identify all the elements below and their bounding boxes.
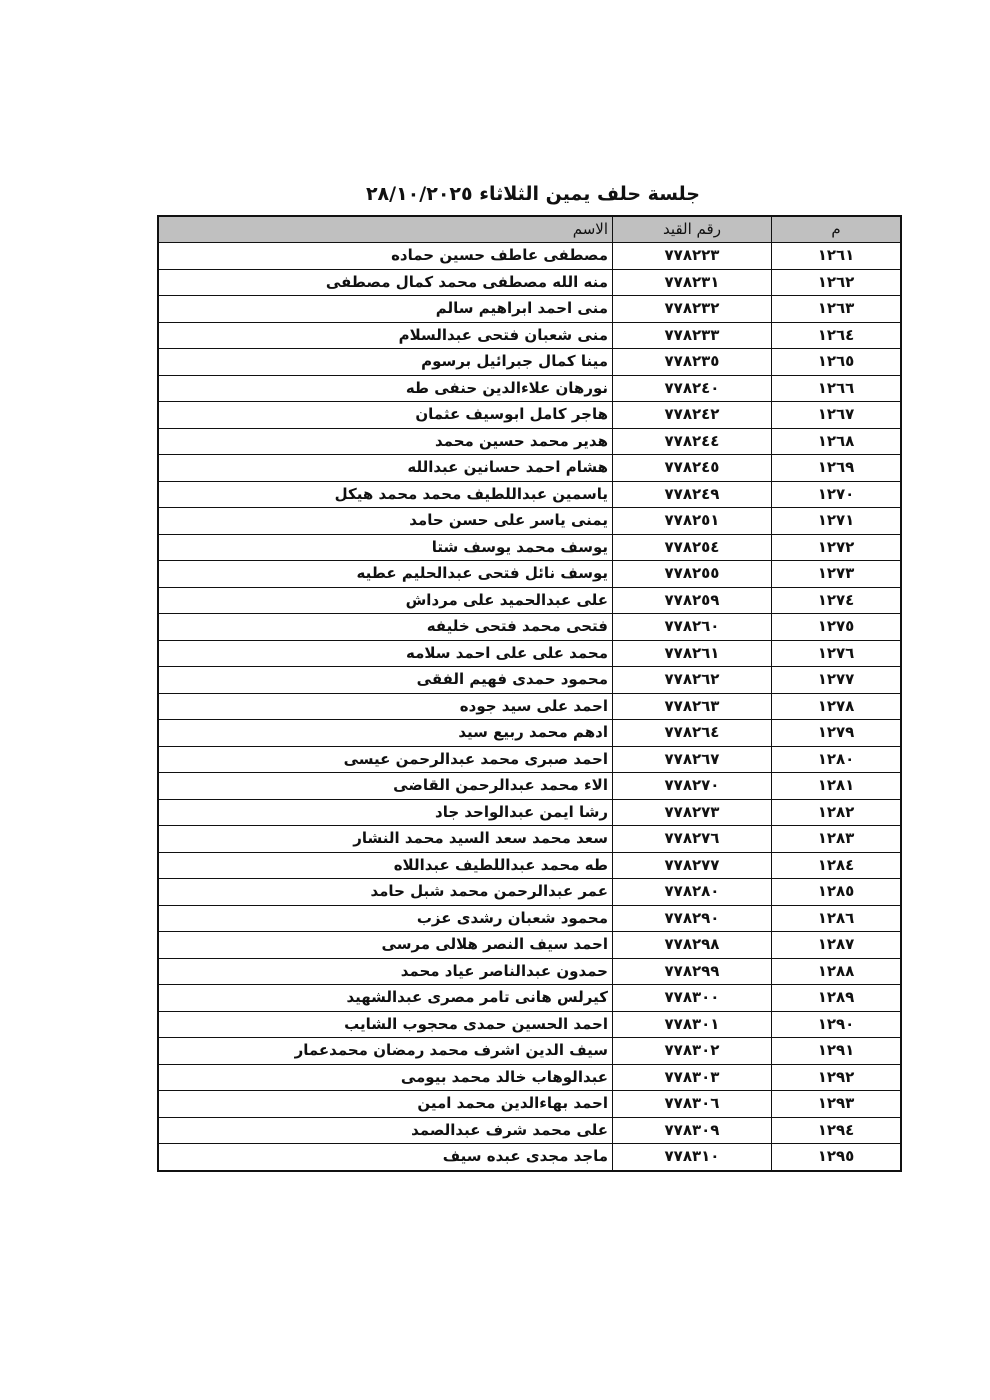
registration-number-cell: ٧٧٨٣٠٣ — [613, 1064, 772, 1091]
serial-number-cell: ١٢٨٣ — [772, 826, 902, 853]
registration-number-cell: ٧٧٨٢٣٥ — [613, 349, 772, 376]
name-cell: منى شعبان فتحى عبدالسلام — [158, 322, 613, 349]
table-row: ١٢٦٣٧٧٨٢٣٢منى احمد ابراهيم سالم — [158, 296, 901, 323]
registration-number-cell: ٧٧٨٢٩٨ — [613, 932, 772, 959]
table-body: ١٢٦١٧٧٨٢٢٣مصطفى عاطف حسين حماده١٢٦٢٧٧٨٢٣… — [158, 243, 901, 1171]
serial-number-cell: ١٢٨١ — [772, 773, 902, 800]
registration-number-cell: ٧٧٨٢٣١ — [613, 269, 772, 296]
registration-number-cell: ٧٧٨٣٠١ — [613, 1011, 772, 1038]
name-cell: ياسمين عبداللطيف محمد محمد هيكل — [158, 481, 613, 508]
table-row: ١٢٦٢٧٧٨٢٣١منه الله مصطفى محمد كمال مصطفى — [158, 269, 901, 296]
registration-number-cell: ٧٧٨٢٧٠ — [613, 773, 772, 800]
name-cell: عمر عبدالرحمن محمد شبل حامد — [158, 879, 613, 906]
serial-number-cell: ١٢٧٣ — [772, 561, 902, 588]
registration-number-cell: ٧٧٨٣١٠ — [613, 1144, 772, 1171]
serial-number-cell: ١٢٧٢ — [772, 534, 902, 561]
table-row: ١٢٦٧٧٧٨٢٤٢هاجر كامل ابوسيف عثمان — [158, 402, 901, 429]
serial-number-cell: ١٢٨٠ — [772, 746, 902, 773]
table-row: ١٢٧٢٧٧٨٢٥٤يوسف محمد يوسف شتا — [158, 534, 901, 561]
name-cell: كيرلس هانى تامر مصرى عبدالشهيد — [158, 985, 613, 1012]
table-row: ١٢٦١٧٧٨٢٢٣مصطفى عاطف حسين حماده — [158, 243, 901, 270]
table-row: ١٢٨٠٧٧٨٢٦٧احمد صبرى محمد عبدالرحمن عيسى — [158, 746, 901, 773]
table-row: ١٢٨٨٧٧٨٢٩٩حمدون عبدالناصر عياد محمد — [158, 958, 901, 985]
name-cell: محمود شعبان رشدى عزب — [158, 905, 613, 932]
serial-number-cell: ١٢٦٦ — [772, 375, 902, 402]
serial-number-cell: ١٢٦١ — [772, 243, 902, 270]
name-cell: على عبدالحميد على مرداش — [158, 587, 613, 614]
table-row: ١٢٦٥٧٧٨٢٣٥مينا كمال جبرائيل برسوم — [158, 349, 901, 376]
serial-number-cell: ١٢٧٧ — [772, 667, 902, 694]
name-cell: محمد على على احمد سلامه — [158, 640, 613, 667]
registration-number-cell: ٧٧٨٢٨٠ — [613, 879, 772, 906]
name-cell: هدير محمد حسين محمد — [158, 428, 613, 455]
registration-number-cell: ٧٧٨٢٤٠ — [613, 375, 772, 402]
name-cell: احمد بهاءالدين محمد امين — [158, 1091, 613, 1118]
serial-number-cell: ١٢٧٥ — [772, 614, 902, 641]
serial-number-cell: ١٢٨٧ — [772, 932, 902, 959]
table-row: ١٢٨٣٧٧٨٢٧٦سعد محمد سعد السيد محمد النشار — [158, 826, 901, 853]
serial-number-cell: ١٢٨٩ — [772, 985, 902, 1012]
name-cell: احمد سيف النصر هلالى مرسى — [158, 932, 613, 959]
registration-number-cell: ٧٧٨٢٤٩ — [613, 481, 772, 508]
serial-number-cell: ١٢٩٢ — [772, 1064, 902, 1091]
registration-number-cell: ٧٧٨٣٠٩ — [613, 1117, 772, 1144]
serial-number-cell: ١٢٨٥ — [772, 879, 902, 906]
registration-number-cell: ٧٧٨٢٩٩ — [613, 958, 772, 985]
table-row: ١٢٩٣٧٧٨٣٠٦احمد بهاءالدين محمد امين — [158, 1091, 901, 1118]
name-cell: سيف الدين اشرف محمد رمضان محمدعمار — [158, 1038, 613, 1065]
name-cell: هشام احمد حسانين عبدالله — [158, 455, 613, 482]
table-row: ١٢٨٧٧٧٨٢٩٨احمد سيف النصر هلالى مرسى — [158, 932, 901, 959]
table-row: ١٢٦٨٧٧٨٢٤٤هدير محمد حسين محمد — [158, 428, 901, 455]
name-cell: مينا كمال جبرائيل برسوم — [158, 349, 613, 376]
serial-number-cell: ١٢٦٧ — [772, 402, 902, 429]
registration-number-cell: ٧٧٨٢٧٦ — [613, 826, 772, 853]
name-cell: نورهان علاءالدين حنفى طه — [158, 375, 613, 402]
serial-number-cell: ١٢٩٠ — [772, 1011, 902, 1038]
name-cell: احمد على سيد جوده — [158, 693, 613, 720]
table-row: ١٢٧١٧٧٨٢٥١يمنى ياسر على حسن حامد — [158, 508, 901, 535]
name-cell: الاء محمد عبدالرحمن القاضى — [158, 773, 613, 800]
table-row: ١٢٨٥٧٧٨٢٨٠عمر عبدالرحمن محمد شبل حامد — [158, 879, 901, 906]
registration-number-cell: ٧٧٨٢٣٢ — [613, 296, 772, 323]
registration-number-cell: ٧٧٨٣٠٢ — [613, 1038, 772, 1065]
table-row: ١٢٩٠٧٧٨٣٠١احمد الحسين حمدى محجوب الشايب — [158, 1011, 901, 1038]
serial-number-cell: ١٢٧٩ — [772, 720, 902, 747]
table-row: ١٢٧٩٧٧٨٢٦٤ادهم محمد ربيع سيد — [158, 720, 901, 747]
registration-number-cell: ٧٧٨٢٧٧ — [613, 852, 772, 879]
table-row: ١٢٩٢٧٧٨٣٠٣عبدالوهاب خالد محمد بيومى — [158, 1064, 901, 1091]
table-row: ١٢٧٣٧٧٨٢٥٥يوسف نائل فتحى عبدالحليم عطيه — [158, 561, 901, 588]
registration-number-cell: ٧٧٨٢٥٩ — [613, 587, 772, 614]
name-cell: هاجر كامل ابوسيف عثمان — [158, 402, 613, 429]
registration-number-cell: ٧٧٨٣٠٠ — [613, 985, 772, 1012]
registration-number-cell: ٧٧٨٢٦١ — [613, 640, 772, 667]
table-row: ١٢٩٥٧٧٨٣١٠ماجد مجدى عبده سيف — [158, 1144, 901, 1171]
name-cell: حمدون عبدالناصر عياد محمد — [158, 958, 613, 985]
name-cell: يوسف نائل فتحى عبدالحليم عطيه — [158, 561, 613, 588]
table-row: ١٢٨٩٧٧٨٣٠٠كيرلس هانى تامر مصرى عبدالشهيد — [158, 985, 901, 1012]
serial-number-cell: ١٢٦٥ — [772, 349, 902, 376]
name-cell: رشا ايمن عبدالواحد جاد — [158, 799, 613, 826]
name-cell: طه محمد عبداللطيف عبداللاه — [158, 852, 613, 879]
table-row: ١٢٨٢٧٧٨٢٧٣رشا ايمن عبدالواحد جاد — [158, 799, 901, 826]
name-cell: سعد محمد سعد السيد محمد النشار — [158, 826, 613, 853]
serial-number-cell: ١٢٧٠ — [772, 481, 902, 508]
registration-number-cell: ٧٧٨٢٥٤ — [613, 534, 772, 561]
name-cell: احمد صبرى محمد عبدالرحمن عيسى — [158, 746, 613, 773]
registration-number-cell: ٧٧٨٢٦٧ — [613, 746, 772, 773]
serial-number-cell: ١٢٧٨ — [772, 693, 902, 720]
table-row: ١٢٨٦٧٧٨٢٩٠محمود شعبان رشدى عزب — [158, 905, 901, 932]
registration-number-cell: ٧٧٨٢٢٣ — [613, 243, 772, 270]
serial-number-cell: ١٢٦٢ — [772, 269, 902, 296]
name-cell: منه الله مصطفى محمد كمال مصطفى — [158, 269, 613, 296]
registration-number-cell: ٧٧٨٢٩٠ — [613, 905, 772, 932]
serial-number-cell: ١٢٦٨ — [772, 428, 902, 455]
registration-number-cell: ٧٧٨٢٤٤ — [613, 428, 772, 455]
serial-number-cell: ١٢٦٤ — [772, 322, 902, 349]
name-cell: منى احمد ابراهيم سالم — [158, 296, 613, 323]
registration-number-cell: ٧٧٨٢٥٥ — [613, 561, 772, 588]
table-row: ١٢٩٤٧٧٨٣٠٩على محمد شرف عبدالصمد — [158, 1117, 901, 1144]
registration-number-cell: ٧٧٨٢٤٥ — [613, 455, 772, 482]
serial-number-cell: ١٢٦٩ — [772, 455, 902, 482]
header-registration-number: رقم القيد — [613, 216, 772, 243]
serial-number-cell: ١٢٨٦ — [772, 905, 902, 932]
name-cell: فتحى محمد فتحى خليفه — [158, 614, 613, 641]
header-name: الاسم — [158, 216, 613, 243]
serial-number-cell: ١٢٩٥ — [772, 1144, 902, 1171]
header-serial: م — [772, 216, 902, 243]
serial-number-cell: ١٢٦٣ — [772, 296, 902, 323]
name-cell: احمد الحسين حمدى محجوب الشايب — [158, 1011, 613, 1038]
serial-number-cell: ١٢٨٨ — [772, 958, 902, 985]
registration-number-cell: ٧٧٨٣٠٦ — [613, 1091, 772, 1118]
serial-number-cell: ١٢٩٣ — [772, 1091, 902, 1118]
name-cell: على محمد شرف عبدالصمد — [158, 1117, 613, 1144]
table-row: ١٢٨١٧٧٨٢٧٠الاء محمد عبدالرحمن القاضى — [158, 773, 901, 800]
serial-number-cell: ١٢٩٤ — [772, 1117, 902, 1144]
registration-number-cell: ٧٧٨٢٥١ — [613, 508, 772, 535]
name-cell: ماجد مجدى عبده سيف — [158, 1144, 613, 1171]
table-row: ١٢٦٩٧٧٨٢٤٥هشام احمد حسانين عبدالله — [158, 455, 901, 482]
serial-number-cell: ١٢٨٤ — [772, 852, 902, 879]
serial-number-cell: ١٢٧٤ — [772, 587, 902, 614]
serial-number-cell: ١٢٨٢ — [772, 799, 902, 826]
table-row: ١٢٧٧٧٧٨٢٦٢محمود حمدى فهيم الفقى — [158, 667, 901, 694]
table-row: ١٢٧٠٧٧٨٢٤٩ياسمين عبداللطيف محمد محمد هيك… — [158, 481, 901, 508]
serial-number-cell: ١٢٧١ — [772, 508, 902, 535]
table-row: ١٢٦٦٧٧٨٢٤٠نورهان علاءالدين حنفى طه — [158, 375, 901, 402]
name-cell: يوسف محمد يوسف شتا — [158, 534, 613, 561]
name-cell: محمود حمدى فهيم الفقى — [158, 667, 613, 694]
registration-number-cell: ٧٧٨٢٧٣ — [613, 799, 772, 826]
registration-number-cell: ٧٧٨٢٦٤ — [613, 720, 772, 747]
registration-number-cell: ٧٧٨٢٦٠ — [613, 614, 772, 641]
registration-number-cell: ٧٧٨٢٦٣ — [613, 693, 772, 720]
table-row: ١٢٧٥٧٧٨٢٦٠فتحى محمد فتحى خليفه — [158, 614, 901, 641]
attendees-table: م رقم القيد الاسم ١٢٦١٧٧٨٢٢٣مصطفى عاطف ح… — [157, 215, 902, 1172]
document-title: جلسة حلف يمين الثلاثاء ٢٨/١٠/٢٠٢٥ — [300, 181, 700, 207]
table-header-row: م رقم القيد الاسم — [158, 216, 901, 243]
table-row: ١٢٧٨٧٧٨٢٦٣احمد على سيد جوده — [158, 693, 901, 720]
registration-number-cell: ٧٧٨٢٤٢ — [613, 402, 772, 429]
registration-number-cell: ٧٧٨٢٣٣ — [613, 322, 772, 349]
table-row: ١٢٦٤٧٧٨٢٣٣منى شعبان فتحى عبدالسلام — [158, 322, 901, 349]
table-row: ١٢٨٤٧٧٨٢٧٧طه محمد عبداللطيف عبداللاه — [158, 852, 901, 879]
table-row: ١٢٧٦٧٧٨٢٦١محمد على على احمد سلامه — [158, 640, 901, 667]
table-row: ١٢٧٤٧٧٨٢٥٩على عبدالحميد على مرداش — [158, 587, 901, 614]
registration-number-cell: ٧٧٨٢٦٢ — [613, 667, 772, 694]
name-cell: يمنى ياسر على حسن حامد — [158, 508, 613, 535]
name-cell: عبدالوهاب خالد محمد بيومى — [158, 1064, 613, 1091]
serial-number-cell: ١٢٩١ — [772, 1038, 902, 1065]
serial-number-cell: ١٢٧٦ — [772, 640, 902, 667]
table-row: ١٢٩١٧٧٨٣٠٢سيف الدين اشرف محمد رمضان محمد… — [158, 1038, 901, 1065]
name-cell: مصطفى عاطف حسين حماده — [158, 243, 613, 270]
name-cell: ادهم محمد ربيع سيد — [158, 720, 613, 747]
